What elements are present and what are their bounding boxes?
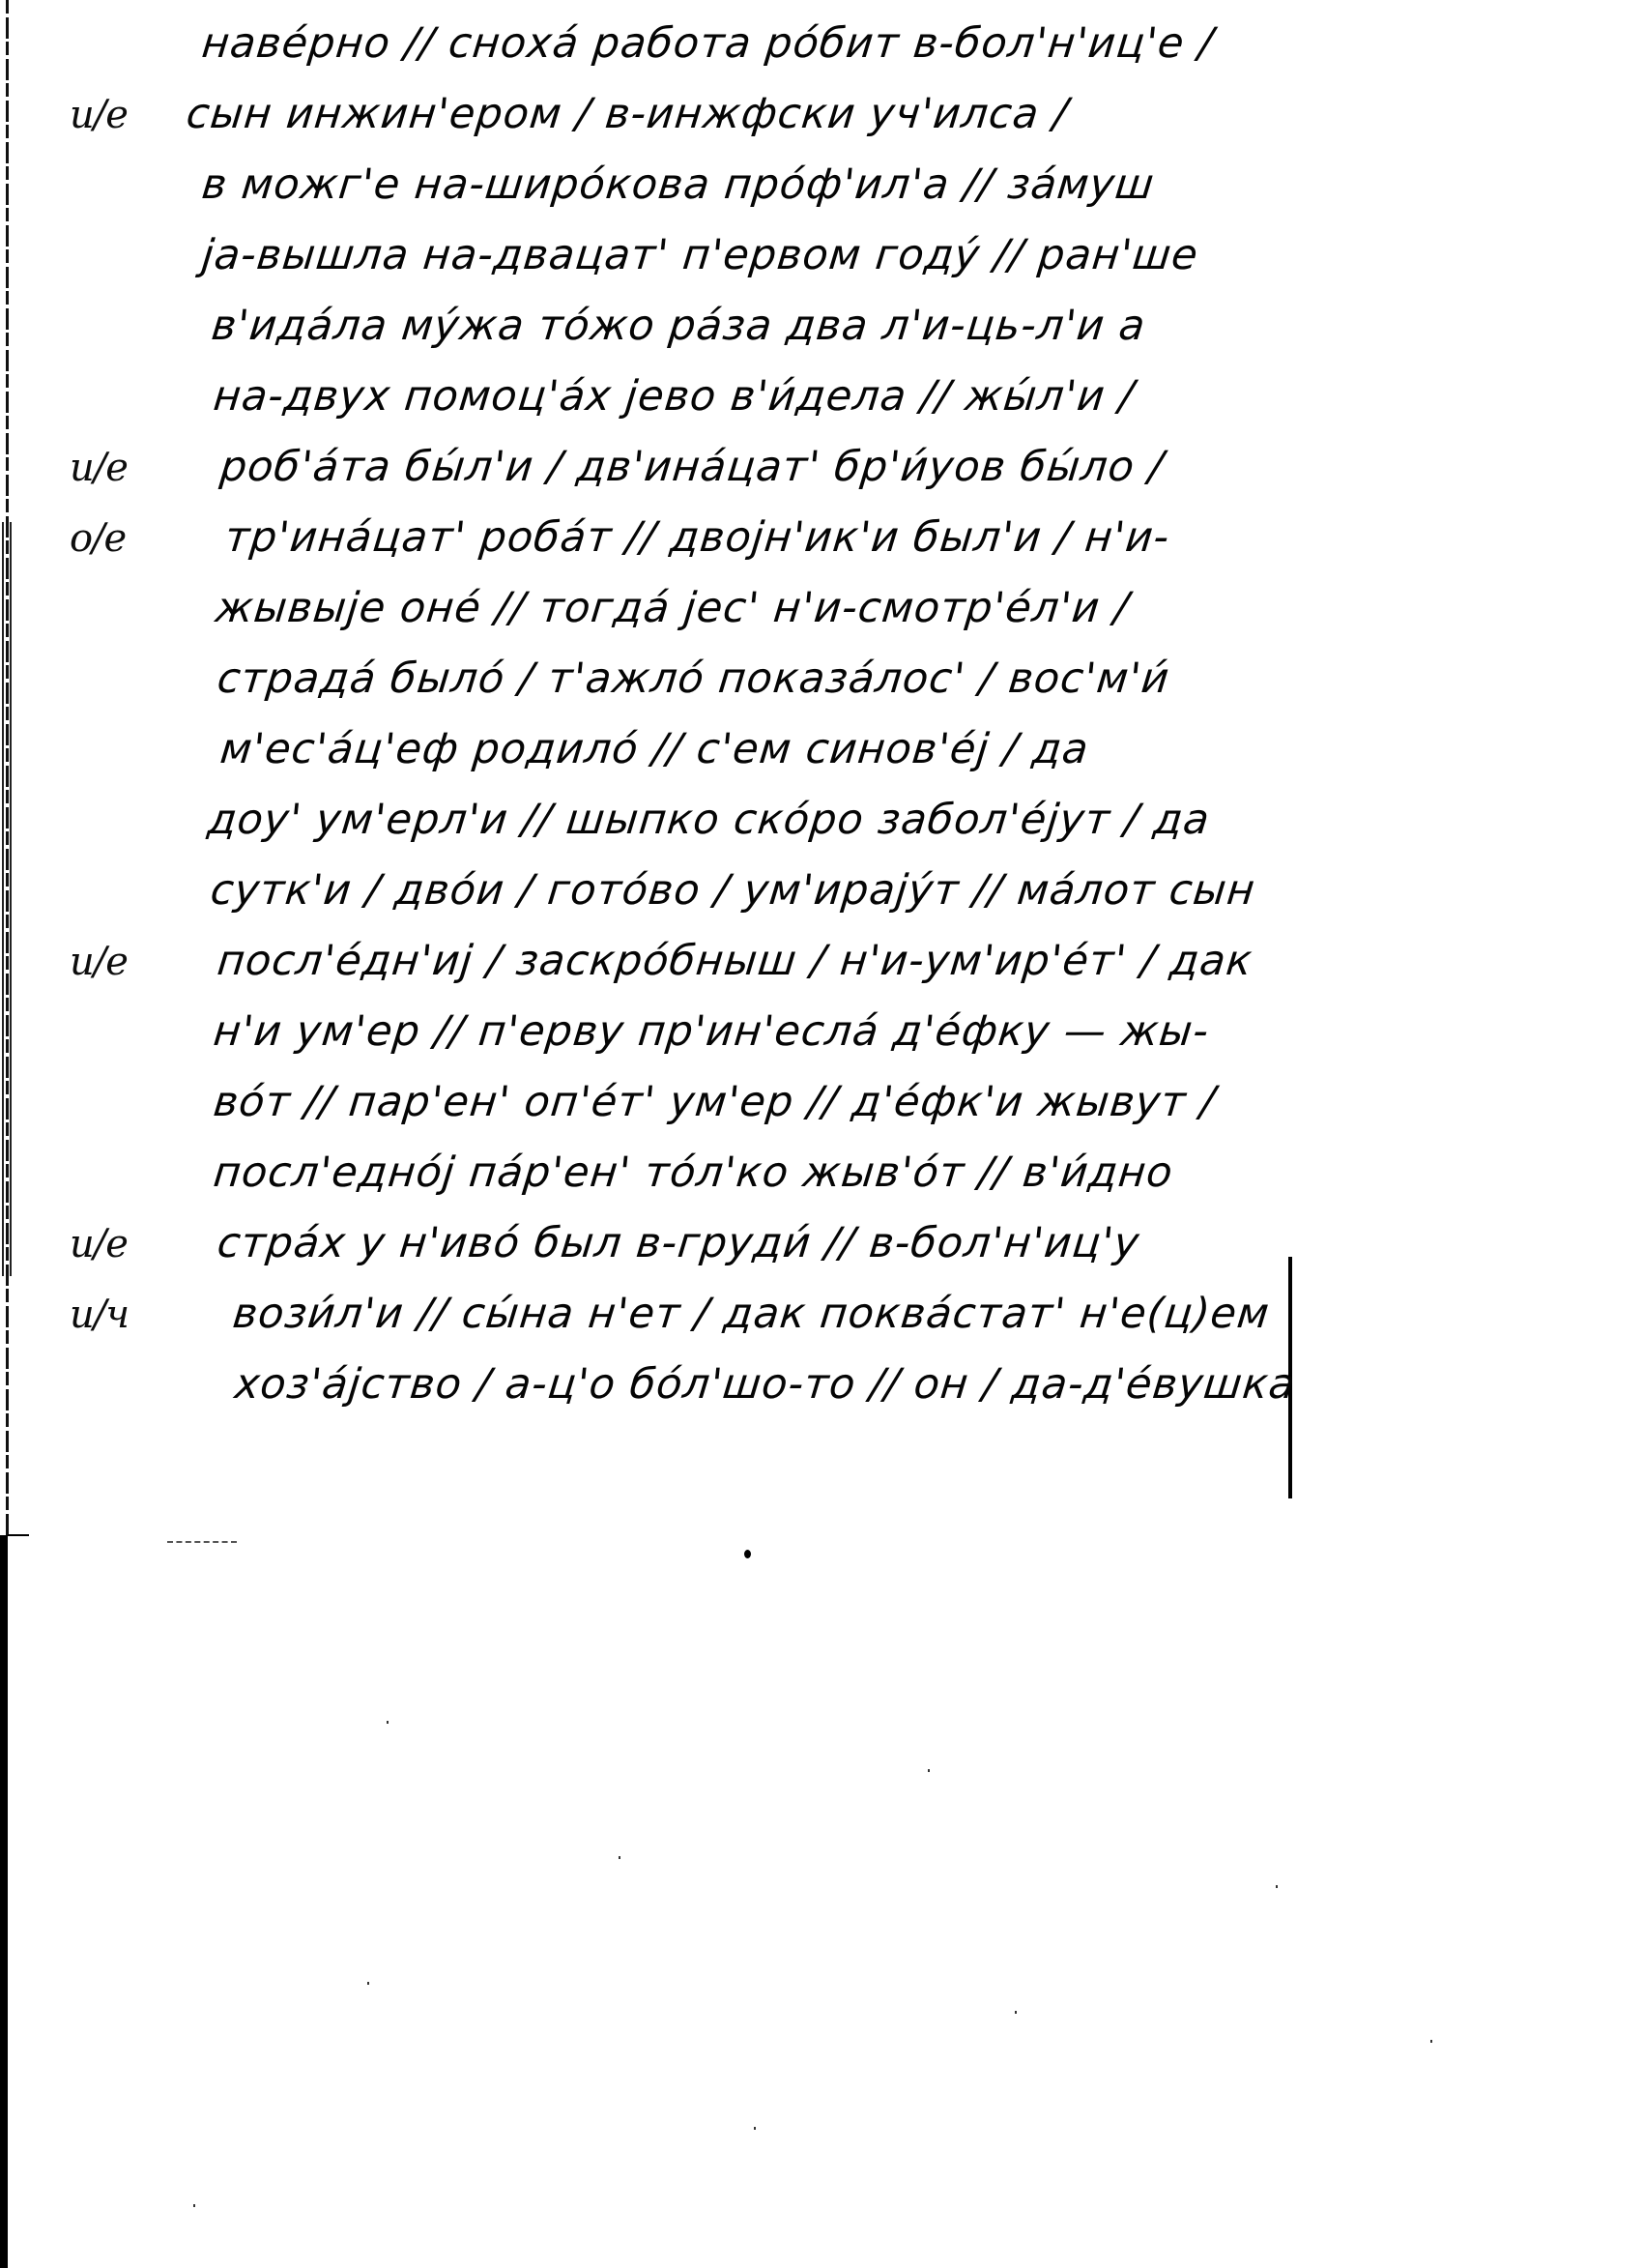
line-text: во́т // пар'ен' оп'е́т' ум'ер // д'е́фк'… [211,1074,1219,1130]
line-text: страда́ было́ / т'ажло́ показа́лос' / во… [215,651,1172,707]
line-text: в'ида́ла му́жа то́жо ра́за два л'и-ць-л'… [209,298,1148,354]
scan-speck [1430,2040,1432,2043]
text-line: в можг'е на-широ́кова про́ф'ил'а // за́м… [0,151,1353,220]
line-text: наве́рно // сноха́ работа ро́бит в-бол'н… [199,15,1217,72]
text-line: о/етр'ина́цат' роба́т // двојн'ик'и был'… [0,504,1353,573]
text-line: и/естра́х у н'иво́ был в-груди́ // в-бол… [0,1209,1353,1279]
line-text: жывыје оне́ // тогда́ јес' н'и-смотр'е́л… [213,580,1132,636]
margin-tick [8,1534,29,1536]
text-line: в'ида́ла му́жа то́жо ра́за два л'и-ць-л'… [0,292,1353,362]
scan-speck [754,2127,756,2130]
text-line: жывыје оне́ // тогда́ јес' н'и-смотр'е́л… [0,574,1353,644]
line-text: посл'едно́ј па́р'ен' то́л'ко жыв'о́т // … [211,1145,1176,1201]
ink-dot [744,1550,751,1558]
text-line: и/ероб'а́та бы́л'и / дв'ина́цат' бр'и́уо… [0,433,1353,503]
line-text: ја-вышла на-двацат' п'ервом году́ // ран… [199,227,1201,283]
margin-note: о/е [70,511,176,566]
line-text: сутк'и / дво́и / гото́во / ум'ирају́т //… [208,862,1258,918]
text-line: доу' ум'ерл'и // шыпко ско́ро забол'е́ју… [0,786,1353,856]
scan-speck [928,1769,930,1772]
line-text: вози́л'и // сы́на н'ет / дак поква́стат'… [230,1286,1273,1342]
margin-note: и/ч [70,1288,176,1342]
text-line: н'и ум'ер // п'ерву пр'ин'есла́ д'е́фку … [0,998,1353,1067]
page-edge-shadow [0,1535,8,2268]
text-line: ја-вышла на-двацат' п'ервом году́ // ран… [0,221,1353,291]
margin-note: и/е [70,441,176,495]
text-line: на-двух помоц'а́х јево в'и́дела // жы́л'… [0,363,1353,432]
text-line: сутк'и / дво́и / гото́во / ум'ирају́т //… [0,857,1353,926]
margin-note: и/е [70,935,176,989]
line-text: на-двух помоц'а́х јево в'и́дела // жы́л'… [211,368,1138,424]
scanned-page: наве́рно // сноха́ работа ро́бит в-бол'н… [0,0,1643,2268]
scan-speck [1276,1885,1278,1888]
text-line: и/епосл'е́дн'иј / заскро́бныш / н'и-ум'и… [0,927,1353,997]
line-text: н'и ум'ер // п'ерву пр'ин'есла́ д'е́фку … [211,1003,1212,1060]
line-text: тр'ина́цат' роба́т // двојн'ик'и был'и /… [222,509,1172,566]
text-line: и/чвози́л'и // сы́на н'ет / дак поква́ст… [0,1280,1353,1350]
line-text: роб'а́та бы́л'и / дв'ина́цат' бр'и́уов б… [217,439,1167,495]
text-line: посл'едно́ј па́р'ен' то́л'ко жыв'о́т // … [0,1139,1353,1208]
text-line: хоз'а́јство / а-ц'о бо́л'шо-то // он / д… [0,1351,1353,1420]
text-line: и/есын инжин'ером / в-инжфски уч'илса / [0,80,1353,150]
text-line: м'ес'а́ц'еф родило́ // с'ем синов'е́ј / … [0,715,1353,785]
line-text: в можг'е на-широ́кова про́ф'ил'а // за́м… [199,157,1157,213]
line-text: доу' ум'ерл'и // шыпко ско́ро забол'е́ју… [205,792,1213,848]
scan-speck [1015,2011,1017,2014]
scan-speck [619,1856,620,1859]
short-dashed-rule [167,1541,237,1543]
line-text: хоз'а́јство / а-ц'о бо́л'шо-то // он / д… [232,1356,1298,1412]
line-text: сын инжин'ером / в-инжфски уч'илса / [184,86,1071,142]
text-line: страда́ было́ / т'ажло́ показа́лос' / во… [0,645,1353,714]
line-text: стра́х у н'иво́ был в-груди́ // в-бол'н'… [215,1215,1142,1271]
scan-speck [387,1721,389,1724]
text-line: наве́рно // сноха́ работа ро́бит в-бол'н… [0,10,1353,79]
margin-note: и/е [70,88,176,142]
margin-note: и/е [70,1217,176,1271]
line-text: посл'е́дн'иј / заскро́бныш / н'и-ум'ир'е… [215,933,1255,989]
scan-speck [367,1982,369,1985]
text-line: во́т // пар'ен' оп'е́т' ум'ер // д'е́фк'… [0,1068,1353,1138]
line-text: м'ес'а́ц'еф родило́ // с'ем синов'е́ј / … [217,721,1092,777]
scan-speck [193,2204,195,2207]
